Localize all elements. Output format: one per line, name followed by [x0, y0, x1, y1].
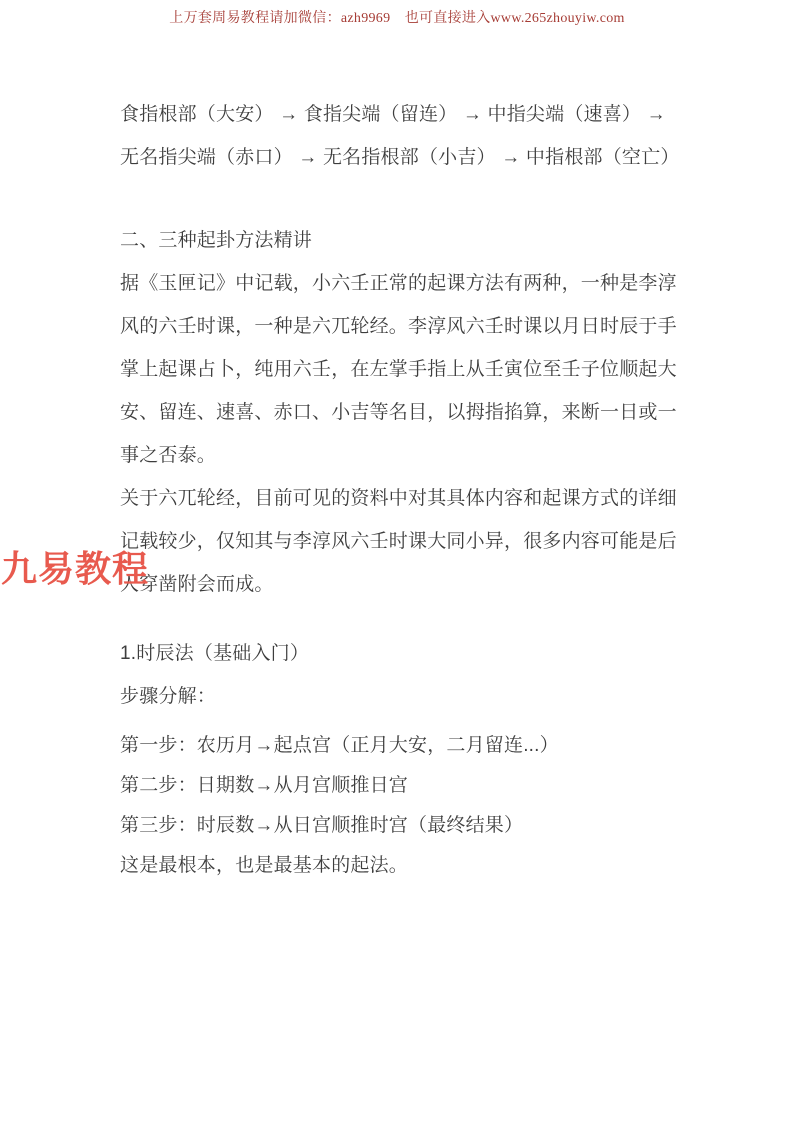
- step-line: 第一步：农历月→起点宫（正月大安，二月留连...）: [120, 726, 690, 766]
- paragraph-line: 据《玉匣记》中记载，小六壬正常的起课方法有两种，一种是李淳: [120, 262, 690, 305]
- finger-sequence-line: 食指根部（大安） → 食指尖端（留连） → 中指尖端（速喜） →: [120, 93, 690, 136]
- steps-label: 步骤分解：: [120, 675, 690, 718]
- closing-line: 这是最根本，也是最基本的起法。: [120, 846, 690, 886]
- paragraph-line: 人穿凿附会而成。: [120, 563, 690, 606]
- step-line: 第二步：日期数→从月宫顺推日宫: [120, 766, 690, 806]
- paragraph-line: 事之否泰。: [120, 434, 690, 477]
- section-heading: 二、三种起卦方法精讲: [120, 219, 690, 262]
- method-heading: 1.时辰法（基础入门）: [120, 632, 690, 675]
- promo-header-text: 上万套周易教程请加微信：azh9969 也可直接进入www.265zhouyiw…: [0, 7, 794, 27]
- document-page: 上万套周易教程请加微信：azh9969 也可直接进入www.265zhouyiw…: [0, 0, 794, 1123]
- finger-sequence-line: 无名指尖端（赤口） → 无名指根部（小吉） → 中指根部（空亡）: [120, 136, 690, 179]
- paragraph-line: 安、留连、速喜、赤口、小吉等名目，以拇指掐算，来断一日或一: [120, 391, 690, 434]
- paragraph-line: 风的六壬时课，一种是六兀轮经。李淳风六壬时课以月日时辰于手: [120, 305, 690, 348]
- step-line: 第三步：时辰数→从日宫顺推时宫（最终结果）: [120, 806, 690, 846]
- watermark-text: 九易教程: [1, 541, 149, 592]
- paragraph-line: 关于六兀轮经，目前可见的资料中对其具体内容和起课方式的详细: [120, 477, 690, 520]
- paragraph-line: 记载较少，仅知其与李淳风六壬时课大同小异，很多内容可能是后: [120, 520, 690, 563]
- document-content: 食指根部（大安） → 食指尖端（留连） → 中指尖端（速喜） → 无名指尖端（赤…: [120, 93, 690, 886]
- paragraph-line: 掌上起课占卜，纯用六壬，在左掌手指上从壬寅位至壬子位顺起大: [120, 348, 690, 391]
- steps-list: 第一步：农历月→起点宫（正月大安，二月留连...） 第二步：日期数→从月宫顺推日…: [120, 726, 690, 846]
